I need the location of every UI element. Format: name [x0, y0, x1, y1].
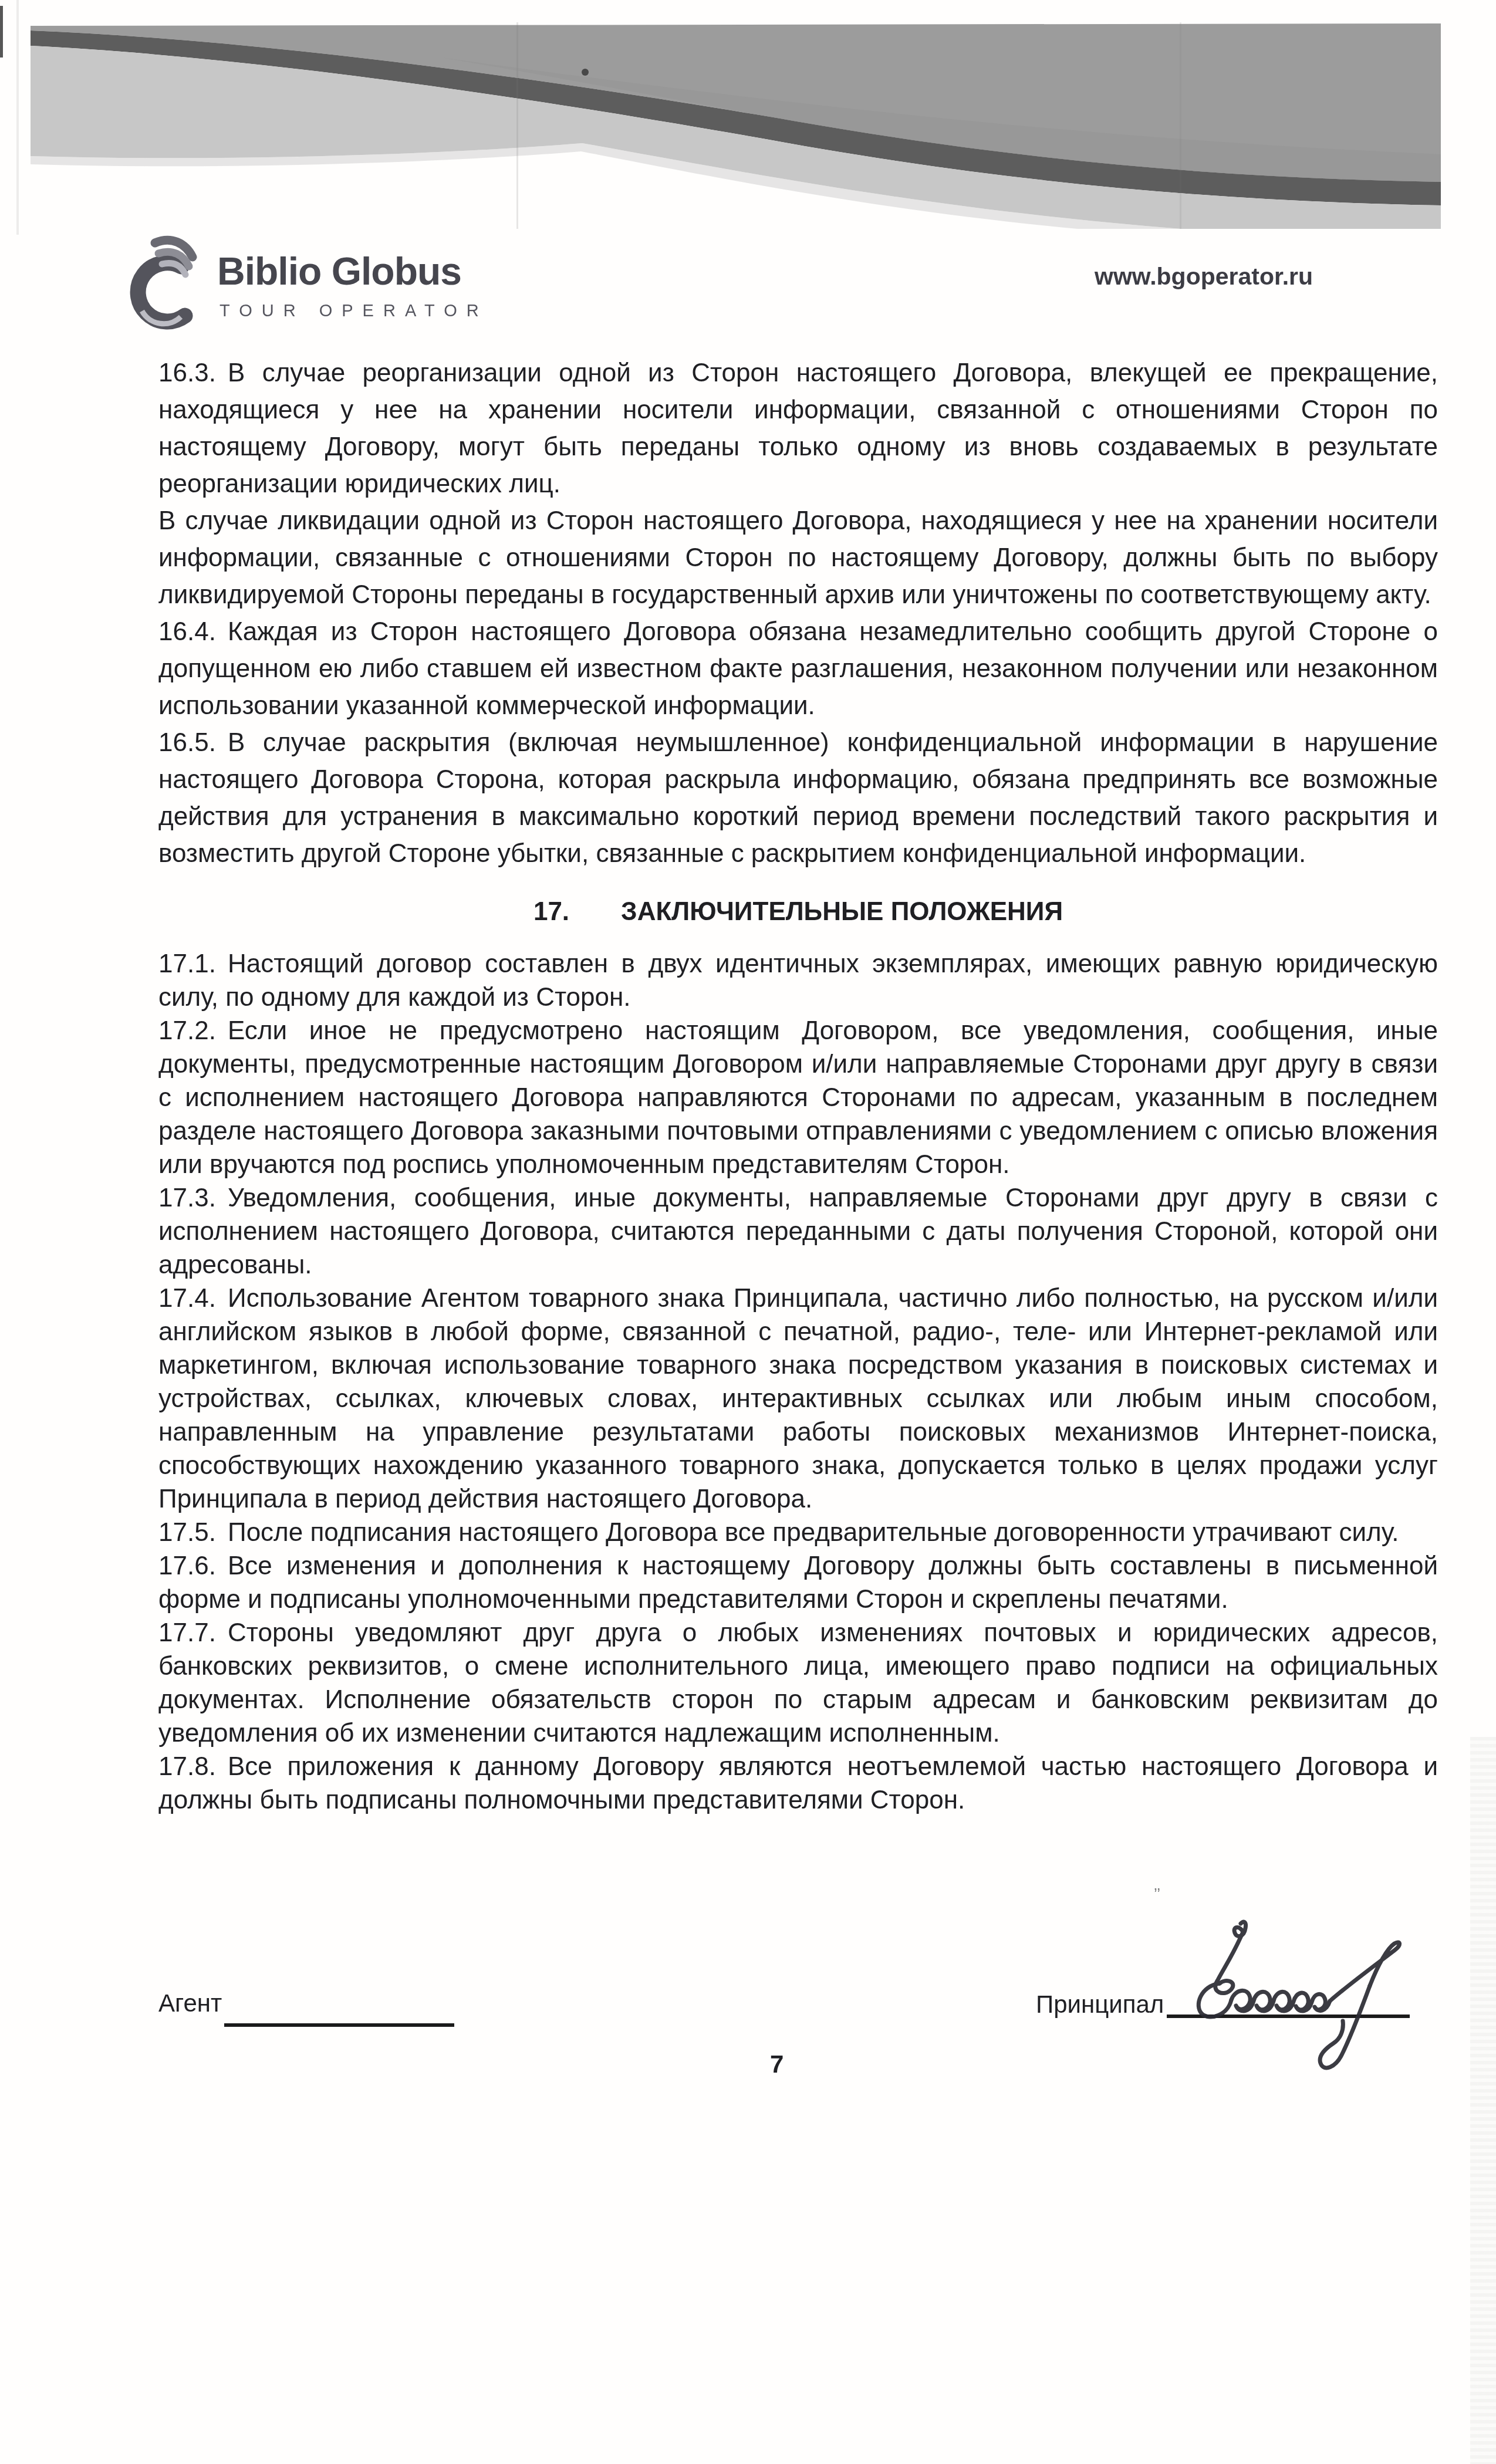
- agent-signature-line: [224, 2023, 454, 2027]
- clause-number: 16.4.: [158, 613, 228, 650]
- clause-17-7: 17.7.Стороны уведомляют друг друга о люб…: [158, 1616, 1438, 1750]
- clause-text: После подписания настоящего Договора все…: [228, 1518, 1399, 1547]
- clause-number: 17.5.: [158, 1516, 228, 1549]
- clause-number: 17.3.: [158, 1181, 228, 1215]
- logo-block: Biblio Globus TOUR OPERATOR: [124, 228, 653, 351]
- scan-edge-artifact: [0, 6, 3, 58]
- clause-17-5: 17.5.После подписания настоящего Договор…: [158, 1516, 1438, 1549]
- header-wave-banner: [31, 22, 1441, 229]
- header-wave-graphic: [31, 22, 1441, 229]
- principal-signature: [1144, 1866, 1450, 2113]
- logo-title: Biblio Globus: [217, 249, 461, 293]
- clause-17-4: 17.4.Использование Агентом товарного зна…: [158, 1282, 1438, 1516]
- clause-text: Использование Агентом товарного знака Пр…: [158, 1284, 1438, 1513]
- clause-16-4: 16.4.Каждая из Сторон настоящего Договор…: [158, 613, 1438, 724]
- clause-17-3: 17.3.Уведомления, сообщения, иные докуме…: [158, 1181, 1438, 1282]
- clause-text: Каждая из Сторон настоящего Договора обя…: [158, 617, 1438, 720]
- clause-number: 16.3.: [158, 354, 228, 391]
- page-number: 7: [770, 2050, 784, 2078]
- clause-text: В случае раскрытия (включая неумышленное…: [158, 728, 1438, 868]
- clause-17-8: 17.8.Все приложения к данному Договору я…: [158, 1750, 1438, 1817]
- clause-number: 17.6.: [158, 1549, 228, 1583]
- clause-number: 17.1.: [158, 947, 228, 981]
- clause-text: Уведомления, сообщения, иные документы, …: [158, 1184, 1438, 1279]
- clause-text: В случае реорганизации одной из Сторон н…: [158, 359, 1438, 498]
- clause-17-1: 17.1.Настоящий договор составлен в двух …: [158, 947, 1438, 1014]
- clause-text: Если иное не предусмотрено настоящим Дог…: [158, 1016, 1438, 1179]
- section-number: 17.: [533, 897, 569, 926]
- clause-17-6: 17.6.Все изменения и дополнения к настоя…: [158, 1549, 1438, 1616]
- clause-16-3: 16.3.В случае реорганизации одной из Сто…: [158, 354, 1438, 502]
- clause-number: 16.5.: [158, 724, 228, 761]
- clause-17-2: 17.2.Если иное не предусмотрено настоящи…: [158, 1014, 1438, 1181]
- ink-speck: [582, 69, 589, 76]
- clause-text: Все приложения к данному Договору являют…: [158, 1752, 1438, 1814]
- clause-number: 17.2.: [158, 1014, 228, 1047]
- section-17-clauses: 17.1.Настоящий договор составлен в двух …: [158, 947, 1438, 1817]
- agent-label: Агент: [158, 1989, 222, 2017]
- scan-streak-artifact: [16, 0, 19, 235]
- clause-text: Стороны уведомляют друг друга о любых из…: [158, 1618, 1438, 1748]
- clause-16-3-liquidation: В случае ликвидации одной из Сторон наст…: [158, 502, 1438, 613]
- contract-body: 16.3.В случае реорганизации одной из Сто…: [158, 354, 1438, 1817]
- website-url: www.bgoperator.ru: [1095, 263, 1313, 290]
- clause-text: Все изменения и дополнения к настоящему …: [158, 1552, 1438, 1614]
- globe-book-swirl-icon: [124, 228, 202, 343]
- logo-subtitle: TOUR OPERATOR: [219, 302, 488, 321]
- section-title: ЗАКЛЮЧИТЕЛЬНЫЕ ПОЛОЖЕНИЯ: [621, 897, 1063, 926]
- clause-text: Настоящий договор составлен в двух идент…: [158, 949, 1438, 1012]
- section-17-heading: 17.ЗАКЛЮЧИТЕЛЬНЫЕ ПОЛОЖЕНИЯ: [158, 894, 1438, 930]
- clause-text: В случае ликвидации одной из Сторон наст…: [158, 506, 1438, 609]
- clause-number: 17.4.: [158, 1282, 228, 1315]
- section-16-clauses: 16.3.В случае реорганизации одной из Сто…: [158, 354, 1438, 872]
- scanned-contract-page: ’’: [0, 0, 1496, 2464]
- clause-16-5: 16.5.В случае раскрытия (включая неумышл…: [158, 724, 1438, 872]
- clause-number: 17.8.: [158, 1750, 228, 1783]
- clause-number: 17.7.: [158, 1616, 228, 1650]
- scan-right-band-artifact: [1470, 1737, 1496, 2464]
